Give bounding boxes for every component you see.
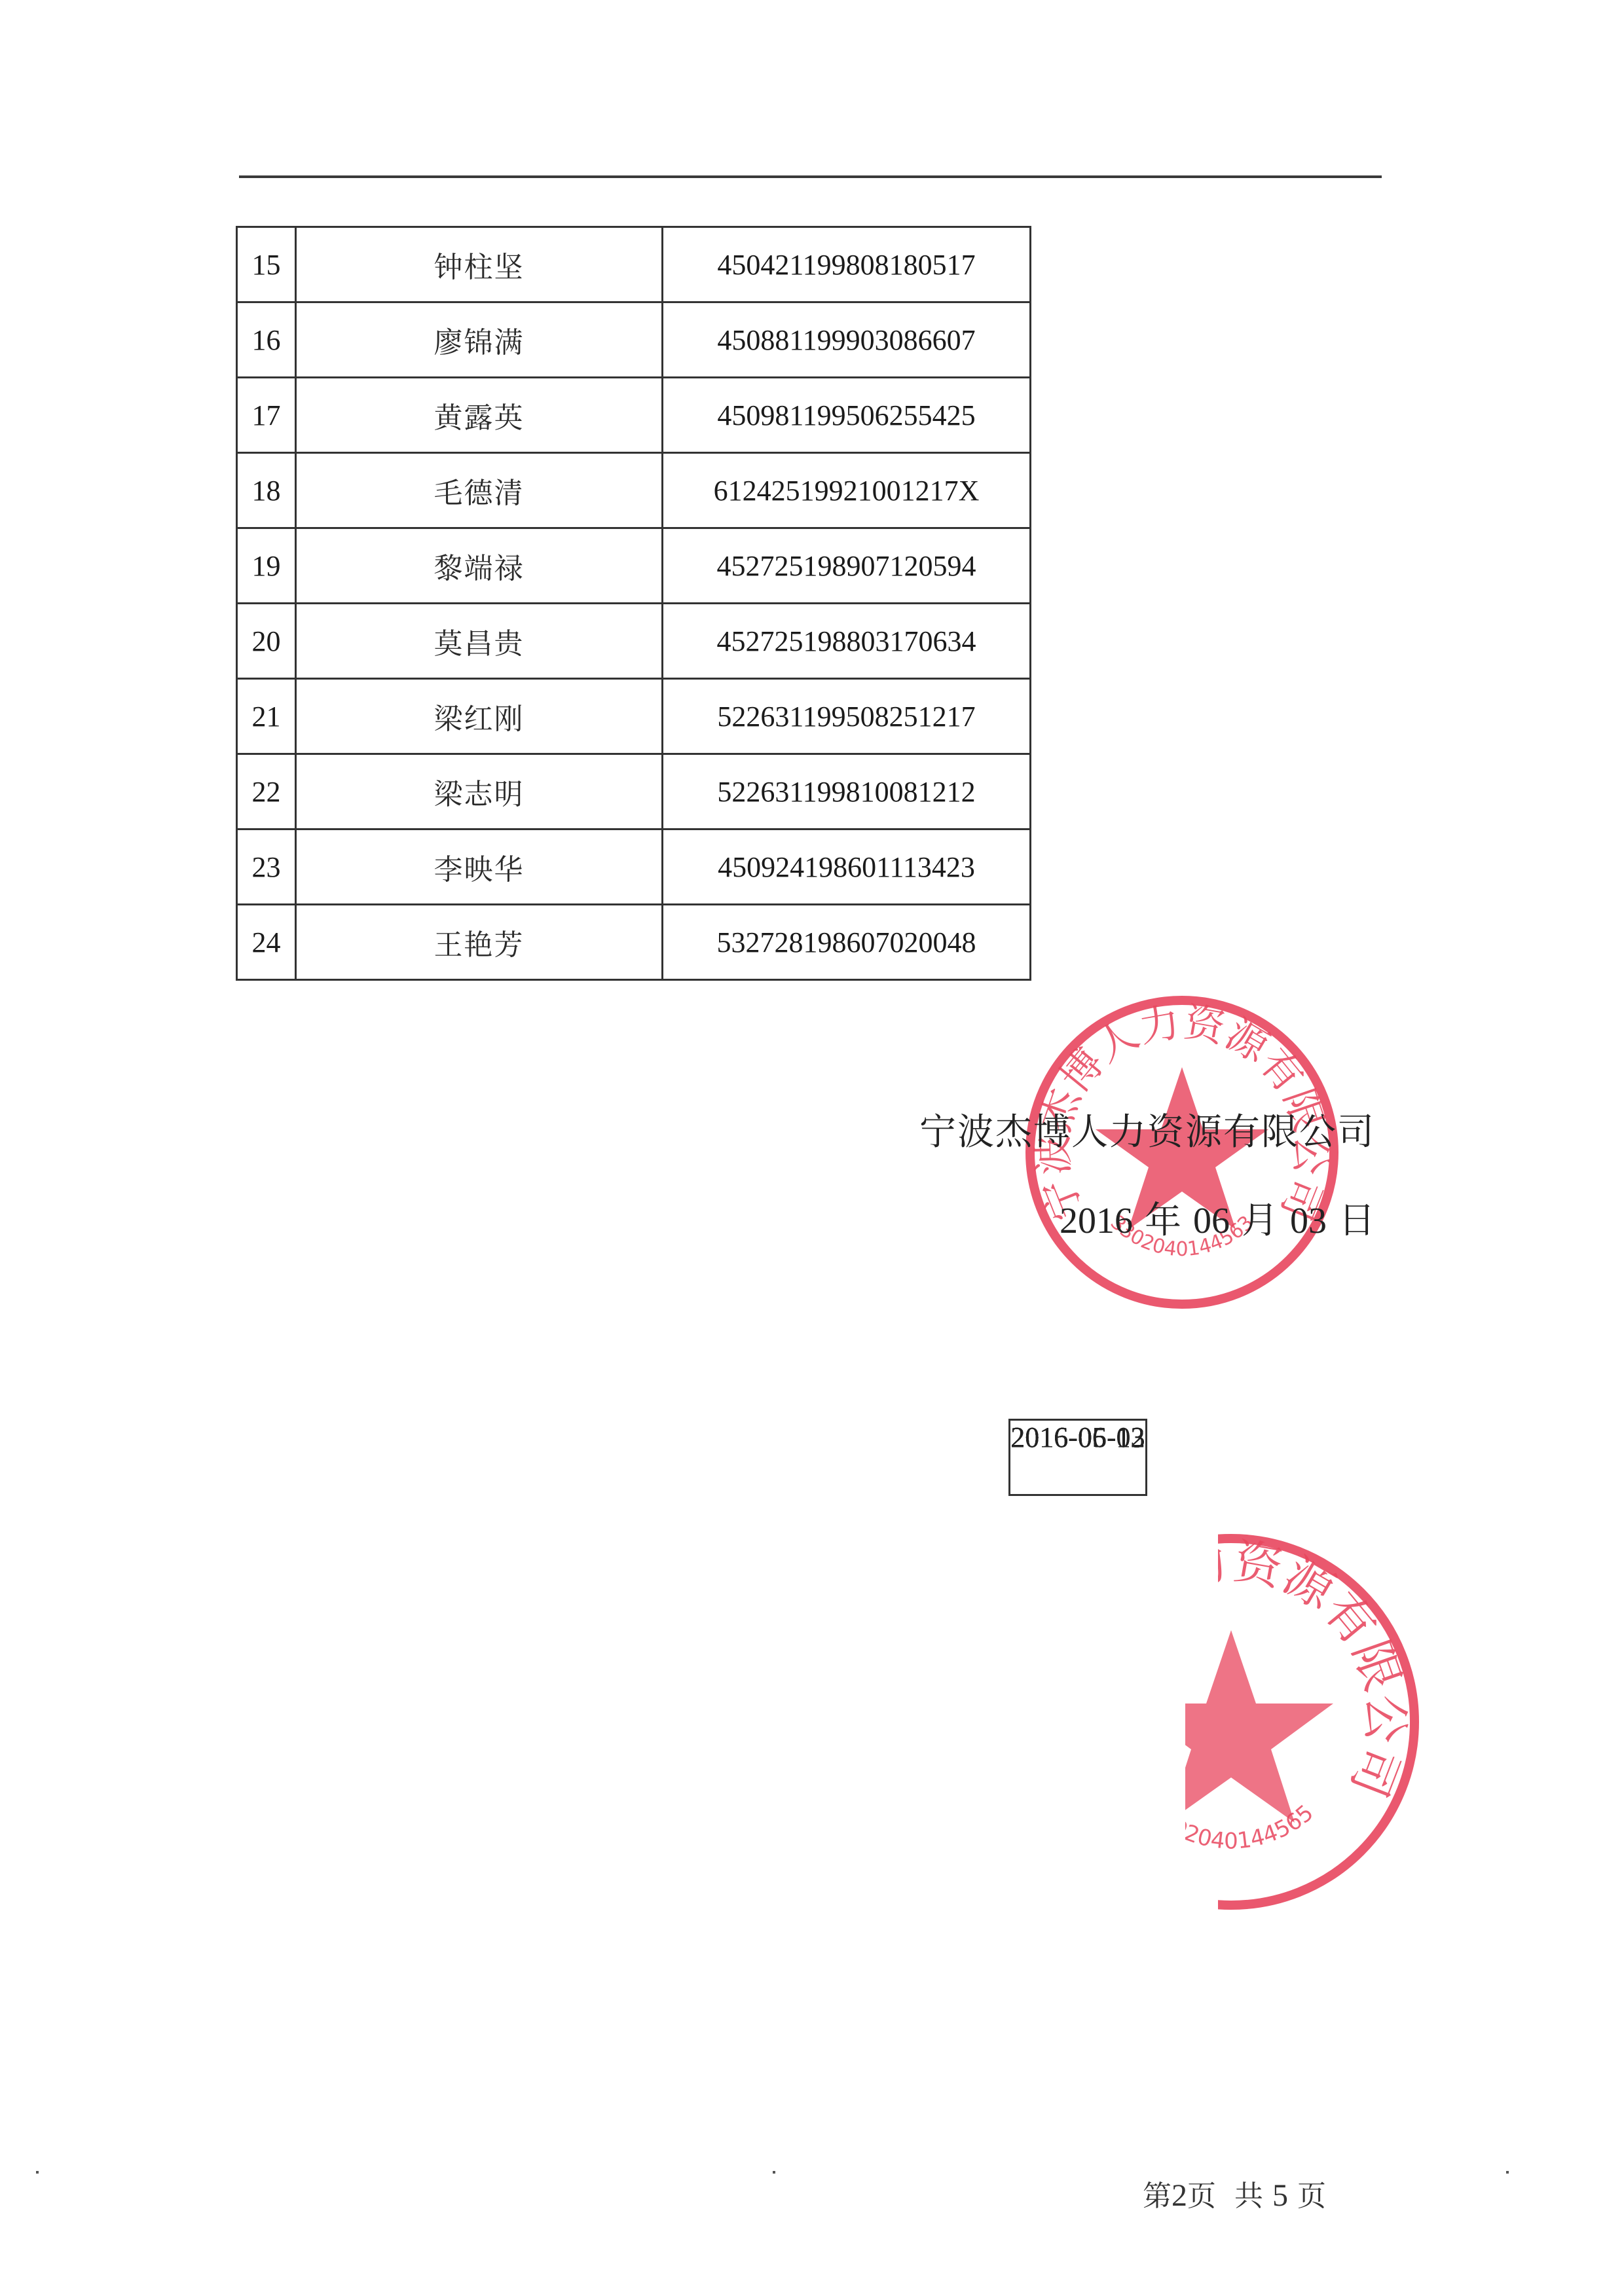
page-number: 第2页 共 5 页 (1143, 2172, 1326, 2214)
entry-date: 2016-06-03 (1008, 1419, 1147, 1496)
table-row: 22梁志明5226311998100812122016-05-13 (237, 754, 1396, 829)
total-unit: 页 (1297, 2179, 1326, 2213)
table-row: 17黄露英4509811995062554252016-05-13 (237, 378, 1396, 453)
employee-name: 梁红刚 (296, 679, 663, 754)
employee-table-body: 15钟柱坚4504211998081805172016-05-1216廖锦满45… (237, 227, 1396, 980)
date-year-unit: 年 (1145, 1199, 1181, 1242)
row-number: 19 (237, 528, 296, 604)
table-row: 19黎端禄4527251989071205942016-05-12 (237, 528, 1396, 604)
id-number: 450421199808180517 (663, 227, 1031, 302)
row-number: 24 (237, 905, 296, 980)
table-row: 15钟柱坚4504211998081805172016-05-12 (237, 227, 1396, 302)
table-row: 24王艳芳5327281986070200482016-06-03 (237, 905, 1396, 980)
row-number: 20 (237, 604, 296, 679)
current-page: 2 (1172, 2178, 1187, 2213)
table-row: 21梁红刚5226311995082512172016-05-13 (237, 679, 1396, 754)
employee-name: 钟柱坚 (296, 227, 663, 302)
scan-speck (1506, 2171, 1509, 2174)
row-number: 18 (237, 453, 296, 528)
header-rule (239, 175, 1382, 178)
employee-name: 毛德清 (296, 453, 663, 528)
date-year: 2016 (1060, 1201, 1133, 1241)
table-row: 20莫昌贵4527251988031706342016-05-12 (237, 604, 1396, 679)
page-unit: 页 (1187, 2179, 1216, 2213)
employee-name: 李映华 (296, 829, 663, 905)
svg-text:宁波杰博人力资源有限公司: 宁波杰博人力资源有限公司 (1048, 1533, 1413, 1805)
date-day: 03 (1290, 1201, 1327, 1241)
id-number: 61242519921001217X (663, 453, 1031, 528)
id-number: 450924198601113423 (663, 829, 1031, 905)
employee-name: 黄露英 (296, 378, 663, 453)
date-day-unit: 日 (1338, 1199, 1375, 1242)
scan-speck (773, 2171, 775, 2174)
employee-name: 廖锦满 (296, 302, 663, 378)
signature-date: 2016 年 06 月 03 日 (1060, 1192, 1375, 1244)
employee-table: 15钟柱坚4504211998081805172016-05-1216廖锦满45… (236, 226, 1397, 981)
table-row: 18毛德清61242519921001217X2016-05-13 (237, 453, 1396, 528)
id-number: 452725198907120594 (663, 528, 1031, 604)
star-icon (1129, 1630, 1333, 1823)
row-number: 17 (237, 378, 296, 453)
svg-text:3302040144565: 3302040144565 (1143, 1800, 1318, 1854)
company-seal-stamp-partial: 宁波杰博人力资源有限公司 3302040144565 (1035, 1525, 1428, 1918)
id-number: 450881199903086607 (663, 302, 1031, 378)
employee-name: 梁志明 (296, 754, 663, 829)
row-number: 15 (237, 227, 296, 302)
id-number: 450981199506255425 (663, 378, 1031, 453)
scan-speck (36, 2171, 39, 2174)
id-number: 452725198803170634 (663, 604, 1031, 679)
id-number: 522631199508251217 (663, 679, 1031, 754)
total-prefix: 共 (1234, 2179, 1263, 2213)
company-name: 宁波杰博人力资源有限公司 (919, 1103, 1375, 1156)
date-month-unit: 月 (1242, 1199, 1278, 1242)
date-month: 06 (1193, 1201, 1230, 1241)
id-number: 532728198607020048 (663, 905, 1031, 980)
employee-name: 黎端禄 (296, 528, 663, 604)
employee-name: 王艳芳 (296, 905, 663, 980)
id-number: 522631199810081212 (663, 754, 1031, 829)
table-row: 23李映华4509241986011134232016-06-03 (237, 829, 1396, 905)
row-number: 21 (237, 679, 296, 754)
table-row: 16廖锦满4508811999030866072016-05-13 (237, 302, 1396, 378)
row-number: 23 (237, 829, 296, 905)
employee-name: 莫昌贵 (296, 604, 663, 679)
row-number: 16 (237, 302, 296, 378)
total-pages: 5 (1272, 2178, 1288, 2213)
row-number: 22 (237, 754, 296, 829)
page-prefix: 第 (1143, 2179, 1172, 2213)
